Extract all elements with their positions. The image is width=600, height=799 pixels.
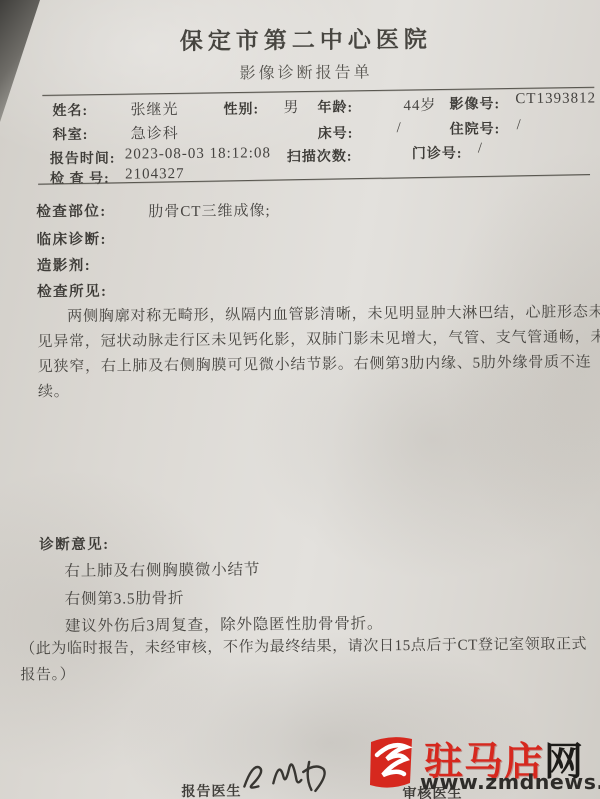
report-time-label: 报告时间:: [50, 148, 116, 169]
signature-scribble-icon: [239, 750, 331, 799]
exam-part-label: 检查部位:: [36, 200, 107, 222]
outpatient-no-label: 门诊号:: [412, 143, 463, 163]
gender-value: 男: [283, 96, 299, 117]
scan-count-label: 扫描次数:: [287, 146, 353, 167]
hospital-name: 保定市第二中心医院: [0, 19, 597, 57]
zmdnews-logo-icon: [368, 735, 414, 796]
doctor-signature: [239, 750, 331, 799]
report-sheet: 保定市第二中心医院 影像诊断报告单 姓名: 张继光 性别: 男 年龄: 44岁 …: [0, 0, 600, 799]
impression-label: 诊断意见:: [39, 533, 110, 555]
exam-part-value: 肋骨CT三维成像;: [148, 199, 271, 221]
temporary-report-note: （此为临时报告，未经审核，不作为最终结果，请次日15点后于CT登记室领取正式 报…: [20, 631, 600, 689]
age-value: 44岁: [403, 94, 436, 115]
name-label: 姓名:: [52, 100, 88, 120]
site-watermark: 驻马店网 www.zmdnews.cn: [366, 733, 600, 797]
report-doctor-label: 报告医生: [181, 781, 241, 799]
image-no-value: CT1393812: [515, 90, 596, 108]
findings-label: 检查所见:: [37, 280, 108, 302]
image-no-label: 影像号:: [449, 93, 500, 113]
exam-no-label: 检 查 号:: [50, 168, 110, 189]
inpatient-no-label: 住院号:: [450, 118, 501, 138]
name-value: 张继光: [130, 98, 178, 119]
bed-label: 床号:: [318, 123, 354, 143]
report-title: 影像诊断报告单: [0, 57, 597, 85]
gender-label: 性别:: [223, 98, 259, 118]
clinical-dx-label: 临床诊断:: [36, 228, 107, 250]
outpatient-no-value: /: [478, 140, 483, 157]
age-label: 年龄:: [317, 97, 353, 117]
bed-value: /: [397, 120, 402, 137]
site-url: www.zmdnews.cn: [420, 770, 600, 794]
dept-label: 科室:: [53, 124, 89, 144]
dept-value: 急诊科: [131, 122, 179, 143]
contrast-label: 造影剂:: [37, 254, 92, 275]
info-divider: [38, 174, 590, 185]
findings-text: 两侧胸廓对称无畸形，纵隔内血管影清晰，未见明显肿大淋巴结，心脏形态未 见异常，冠…: [37, 300, 600, 406]
inpatient-no-value: /: [517, 117, 522, 134]
header-divider: [42, 87, 594, 96]
impression-text: 右上肺及右侧胸膜微小结节 右侧第3.5肋骨折 建议外伤后3周复查，除外隐匿性肋骨…: [64, 553, 600, 640]
report-time-value: 2023-08-03 18:12:08: [125, 145, 271, 163]
